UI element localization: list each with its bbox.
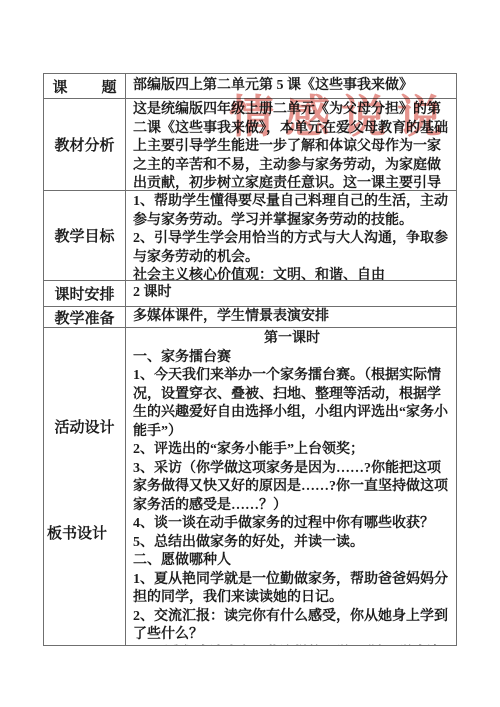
teaching-goals-label: 教学目标 — [44, 191, 126, 280]
activity-line: 二、愿做哪种人 — [133, 552, 451, 571]
preparation-value: 多媒体课件，学生情景表演安排 — [126, 307, 456, 327]
row-course-title: 课题 部编版四上第二单元第 5 课《这些事我来做》 — [44, 74, 456, 99]
lesson-plan-table: 课题 部编版四上第二单元第 5 课《这些事我来做》 教材分析 这是统编版四年级上… — [43, 73, 457, 646]
goal-line: 社会主义核心价值观：文明、和谐、自由 — [133, 267, 451, 280]
activity-line: 5、总结出做家务的好处，并读一读。 — [133, 534, 451, 553]
goal-line: 1、帮助学生懂得要尽量自己料理自己的生活，主动参与家务劳动。学习并掌握家务劳动的… — [133, 193, 451, 230]
activity-line: 一、家务擂台赛 — [133, 349, 451, 368]
activity-line: 1、今天我们来举办一个家务擂台赛。（根据实际情况，设置穿衣、叠被、扫地、整理等活… — [133, 367, 451, 441]
row-class-hours: 课时安排 2 课时 — [44, 281, 456, 307]
activity-line: 2、交流汇报：读完你有什么感受，你从她身上学到了些什么？ — [133, 608, 451, 645]
material-analysis-label: 教材分析 — [44, 99, 126, 190]
activity-line: 3、采访（你学做这项家务是因为……?你能把这项家务做得又快又好的原因是……?你一… — [133, 460, 451, 516]
activity-design-content: 第一课时 一、家务擂台赛 1、今天我们来举办一个家务擂台赛。（根据实际情况，设置… — [126, 328, 456, 645]
course-title-value: 部编版四上第二单元第 5 课《这些事我来做》 — [126, 74, 456, 98]
activity-design-labels: 活动设计 板书设计 — [44, 328, 126, 645]
activity-line: 1、夏从艳同学就是一位勤做家务，帮助爸爸妈妈分担的同学，我们来读读她的日记。 — [133, 571, 451, 608]
row-teaching-goals: 教学目标 1、帮助学生懂得要尽量自己料理自己的生活，主动参与家务劳动。学习并掌握… — [44, 191, 456, 281]
material-analysis-value: 这是统编版四年级上册二单元《为父母分担》的第二课《这些事我来做》，本单元在爱父母… — [126, 99, 456, 190]
teaching-goals-value: 1、帮助学生懂得要尽量自己料理自己的生活，主动参与家务劳动。学习并掌握家务劳动的… — [126, 191, 456, 280]
activity-line: 2、评选出的“家务小能手”上台领奖； — [133, 441, 451, 460]
label-char-2: 题 — [101, 76, 116, 97]
course-title-label: 课题 — [44, 74, 126, 98]
activity-line: 3、可我们身边也有一些这样的同学。（请同学表演课本上 — [133, 645, 451, 646]
row-material-analysis: 教材分析 这是统编版四年级上册二单元《为父母分担》的第二课《这些事我来做》，本单… — [44, 99, 456, 191]
session-heading: 第一课时 — [133, 330, 451, 349]
class-hours-value: 2 课时 — [126, 281, 456, 306]
row-activity-design: 活动设计 板书设计 第一课时 一、家务擂台赛 1、今天我们来举办一个家务擂台赛。… — [44, 328, 456, 645]
course-title-label-text: 课题 — [53, 76, 117, 97]
row-preparation: 教学准备 多媒体课件，学生情景表演安排 — [44, 307, 456, 328]
document-page: 情感说说 课题 部编版四上第二单元第 5 课《这些事我来做》 教材分析 这是统编… — [0, 0, 500, 707]
board-design-label: 板书设计 — [47, 522, 107, 543]
class-hours-label: 课时安排 — [44, 281, 126, 306]
label-char-1: 课 — [53, 76, 68, 97]
activity-design-label: 活动设计 — [44, 416, 125, 437]
goal-line: 2、引导学生学会用恰当的方式与大人沟通，争取参与家务劳动的机会。 — [133, 230, 451, 267]
preparation-label: 教学准备 — [44, 307, 126, 327]
activity-line: 4、谈一谈在动手做家务的过程中你有哪些收获？ — [133, 515, 451, 534]
